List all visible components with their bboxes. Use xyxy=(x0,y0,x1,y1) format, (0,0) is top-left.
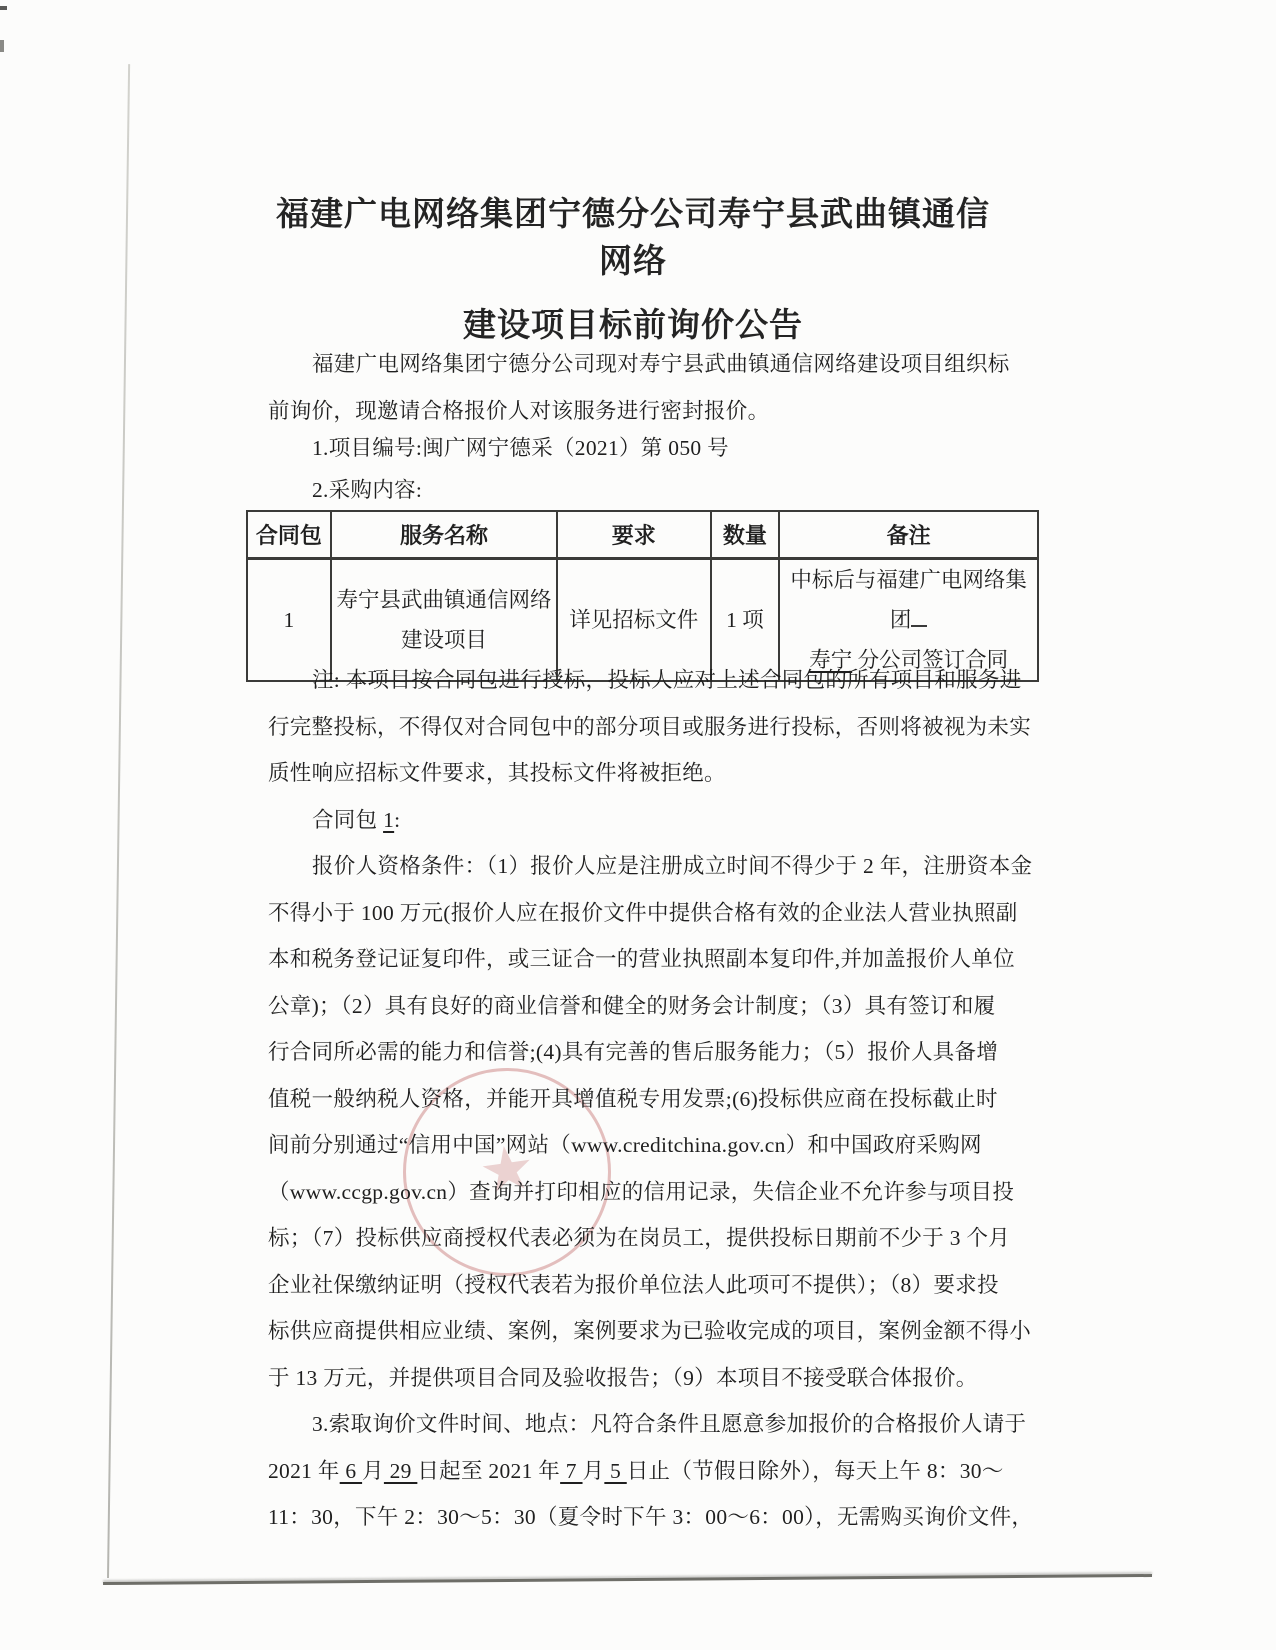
date-text: 日起至 2021 年 xyxy=(417,1459,560,1483)
qualification-line: 行合同所必需的能力和信誉;(4)具有完善的售后服务能力；（5）报价人具备增 xyxy=(268,1029,1008,1076)
date-blank-month-start: 6 xyxy=(340,1459,362,1483)
qualification-line: 间前分别通过“信用中国”网站（www.creditchina.gov.cn）和中… xyxy=(268,1122,1008,1169)
qualification-line: 公章)；（2）具有良好的商业信誉和健全的财务会计制度；（3）具有签订和履 xyxy=(268,983,1008,1030)
col-header-quantity: 数量 xyxy=(711,511,780,559)
date-text: 2021 年 xyxy=(268,1459,340,1483)
page-scan-left-edge xyxy=(107,64,130,1578)
note-line: 质性响应招标文件要求，其投标文件将被拒绝。 xyxy=(268,750,1008,797)
col-header-package: 合同包 xyxy=(247,511,331,559)
note-line: 注: 本项目按合同包进行授标，投标人应对上述合同包的所有项目和服务进 xyxy=(268,657,1008,704)
body-text: 注: 本项目按合同包进行授标，投标人应对上述合同包的所有项目和服务进 行完整投标… xyxy=(268,657,1008,1541)
section3-line: 11：30，下午 2：30～5：30（夏令时下午 3：00～6：00），无需购买… xyxy=(268,1494,1008,1541)
note-line: 行完整投标，不得仅对合同包中的部分项目或服务进行投标，否则将被视为未实 xyxy=(268,704,1008,751)
page-title-line1: 福建广电网络集团宁德分公司寿宁县武曲镇通信网络 xyxy=(268,188,998,282)
qualification-line: 于 13 万元，并提供项目合同及验收报告；（9）本项目不接受联合体报价。 xyxy=(268,1355,1008,1402)
remark-line: 中标后与福建广电网络集团 xyxy=(784,560,1033,640)
qualification-line: 本和税务登记证复印件，或三证合一的营业执照副本复印件,并加盖报价人单位 xyxy=(268,936,1008,983)
col-header-requirement: 要求 xyxy=(557,511,710,559)
qualification-line: （www.ccgp.gov.cn）查询并打印相应的信用记录，失信企业不允许参与项… xyxy=(268,1169,1008,1216)
date-blank-day-end: 5 xyxy=(604,1459,626,1483)
date-blank-month-end: 7 xyxy=(560,1459,582,1483)
procurement-content-label: 2.采购内容: xyxy=(268,467,1052,514)
col-header-remark: 备注 xyxy=(779,511,1038,559)
intro-line: 福建广电网络集团宁德分公司现对寿宁县武曲镇通信网络建设项目组织标 xyxy=(268,341,1008,388)
intro-paragraph: 福建广电网络集团宁德分公司现对寿宁县武曲镇通信网络建设项目组织标 前询价，现邀请… xyxy=(268,341,1008,434)
qualification-line: 标；（7）投标供应商授权代表必须为在岗员工，提供投标日期前不少于 3 个月 xyxy=(268,1215,1008,1262)
package-heading-prefix: 合同包 xyxy=(312,808,383,832)
qualification-line: 报价人资格条件：（1）报价人应是注册成立时间不得少于 2 年，注册资本金 xyxy=(268,843,1008,890)
date-blank-day-start: 29 xyxy=(384,1459,417,1483)
scan-speck xyxy=(0,6,7,10)
blank-underline xyxy=(911,606,927,627)
section3-date-line: 2021 年 6 月 29 日起至 2021 年 7 月 5 日止（节假日除外）… xyxy=(268,1448,1008,1495)
document-title: 福建广电网络集团宁德分公司寿宁县武曲镇通信网络 建设项目标前询价公告 xyxy=(268,188,998,346)
scanned-document-page: ★ 福建广电网络集团宁德分公司寿宁县武曲镇通信网络 建设项目标前询价公告 福建广… xyxy=(0,0,1276,1650)
date-text: 月 xyxy=(583,1459,605,1483)
table-header-row: 合同包 服务名称 要求 数量 备注 xyxy=(247,511,1038,559)
service-name-line: 寿宁县武曲镇通信网络 xyxy=(336,580,552,620)
col-header-service-name: 服务名称 xyxy=(331,511,557,559)
package-heading-suffix: : xyxy=(394,808,400,832)
qualification-line: 企业社保缴纳证明（授权代表若为报价单位法人此项可不提供）；（8）要求投 xyxy=(268,1262,1008,1309)
page-title-line2: 建设项目标前询价公告 xyxy=(268,299,998,346)
remark-text: 中标后与福建广电网络集团 xyxy=(790,568,1027,632)
section3-line: 3.索取询价文件时间、地点：凡符合条件且愿意参加报价的合格报价人请于 xyxy=(268,1401,1008,1448)
date-text: 日止（节假日除外），每天上午 8：30～ xyxy=(627,1459,1004,1483)
qualification-line: 标供应商提供相应业绩、案例，案例要求为已验收完成的项目，案例金额不得小 xyxy=(268,1308,1008,1355)
page-scan-bottom-edge xyxy=(103,1574,1152,1585)
package-number: 1 xyxy=(383,808,394,832)
qualification-line: 值税一般纳税人资格，并能开具增值税专用发票;(6)投标供应商在投标截止时 xyxy=(268,1076,1008,1123)
scan-speck xyxy=(0,40,4,52)
package-heading-line: 合同包 1: xyxy=(268,797,1008,844)
project-number-line: 1.项目编号:闽广网宁德采（2021）第 050 号 xyxy=(268,425,1052,472)
service-name-line: 建设项目 xyxy=(336,620,552,660)
date-text: 月 xyxy=(362,1459,384,1483)
qualification-line: 不得小于 100 万元(报价人应在报价文件中提供合格有效的企业法人营业执照副 xyxy=(268,890,1008,937)
